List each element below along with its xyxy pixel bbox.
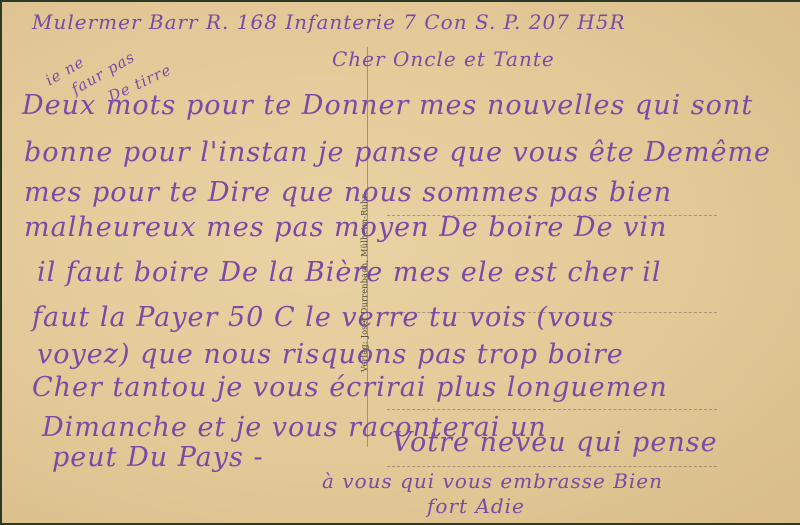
body-line-8: Cher tantou je vous écrirai plus longuem…: [32, 372, 668, 403]
body-line-6: faut la Payer 50 C le verre tu vois (vou…: [32, 302, 615, 333]
body-line-1: Deux mots pour te Donner mes nouvelles q…: [22, 90, 753, 121]
body-line-4: malheureux mes pas moyen De boire De vin: [24, 212, 667, 243]
body-line-2: bonne pour l'instan je panse que vous êt…: [24, 137, 771, 168]
header-line: Mulermer Barr R. 168 Infanterie 7 Con S.…: [32, 10, 626, 34]
body-line-10: peut Du Pays -: [52, 442, 264, 473]
body-line-7: voyez) que nous risquons pas trop boire: [37, 339, 624, 370]
signature: fort Adie: [427, 494, 525, 518]
address-line-4: [387, 466, 717, 467]
body-line-3: mes pour te Dire que nous sommes pas bie…: [24, 177, 672, 208]
salutation: Cher Oncle et Tante: [332, 47, 555, 71]
address-line-3: [387, 409, 717, 410]
body-line-5: il faut boire De la Bière mes ele est ch…: [37, 257, 662, 288]
postcard: Verlag: Josef Durrenbach, Mülheim-Ruhr. …: [2, 2, 800, 523]
closing-line-2: à vous qui vous embrasse Bien: [322, 469, 663, 493]
closing-line-1: Votre neveu qui pense: [392, 427, 718, 458]
